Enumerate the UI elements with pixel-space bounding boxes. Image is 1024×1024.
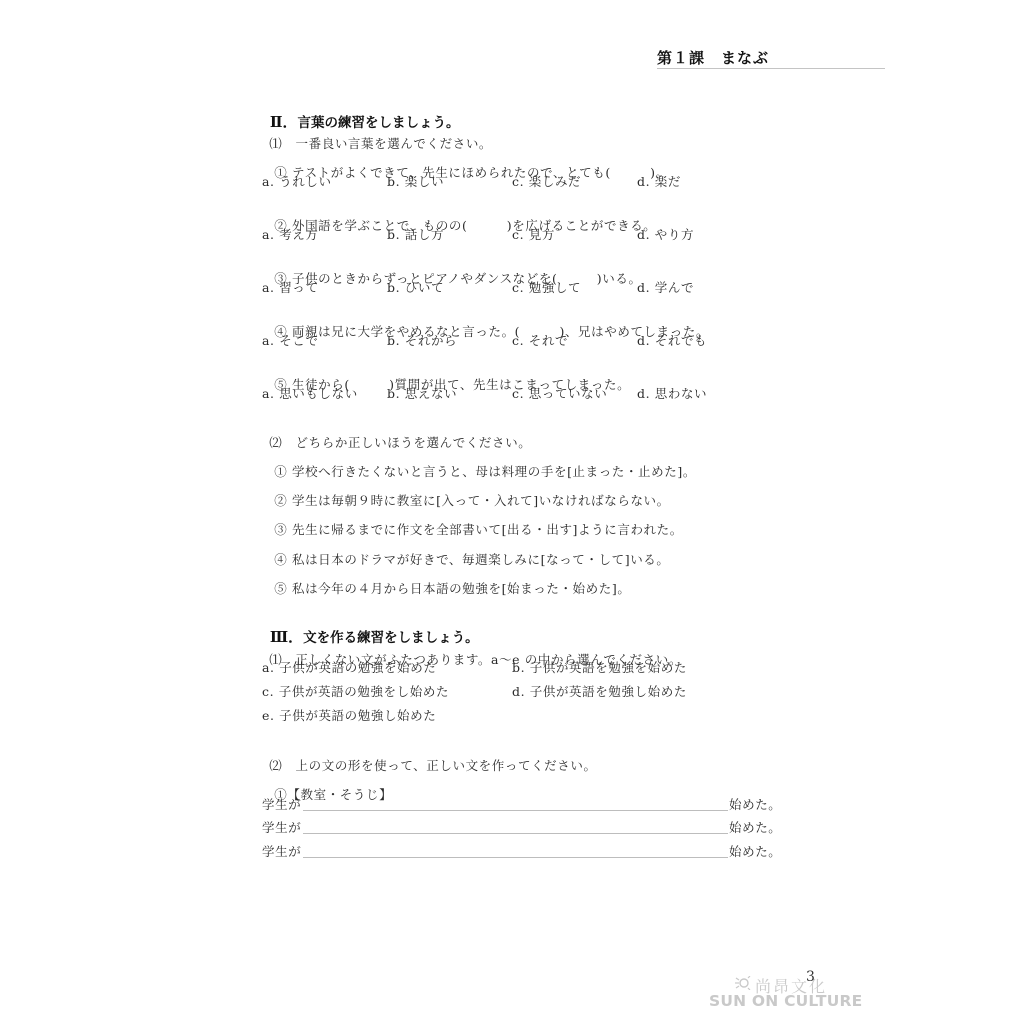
- option-a[interactable]: a. 思いもしない: [262, 384, 358, 402]
- question-2-2-5: ⑤ 私は今年の４月から日本語の勉強を[始まった・始めた]。: [256, 564, 630, 612]
- line-prefix: 学生が: [262, 795, 301, 813]
- line-prefix: 学生が: [262, 818, 301, 836]
- option-c[interactable]: c. それで: [512, 331, 568, 349]
- publisher-name-en: SUN ON CULTURE: [709, 992, 862, 1010]
- line-suffix: 始めた。: [729, 795, 781, 813]
- option-c[interactable]: c. 思っていない: [512, 384, 607, 402]
- option-b[interactable]: b. 楽しい: [387, 172, 444, 190]
- question-text: 子供のときからずっとピアノやダンスなどを( )いる。: [292, 271, 642, 286]
- question-number: ⑤: [274, 581, 287, 596]
- page-number: 3: [806, 969, 815, 985]
- lesson-title: 第１課 まなぶ: [657, 47, 769, 68]
- line-prefix: 学生が: [262, 842, 301, 860]
- option-c[interactable]: c. 見方: [512, 225, 555, 243]
- question-text[interactable]: 私は今年の４月から日本語の勉強を[始まった・始めた]。: [292, 581, 630, 596]
- option-a[interactable]: a. うれしい: [262, 172, 332, 190]
- line-suffix: 始めた。: [729, 818, 781, 836]
- answer-line-3[interactable]: [303, 857, 728, 858]
- question-text: 外国語を学ぶことで、ものの( )を広げることができる。: [292, 218, 656, 233]
- line-suffix: 始めた。: [729, 842, 781, 860]
- option-c[interactable]: c. 楽しみだ: [512, 172, 581, 190]
- option-d[interactable]: d. やり方: [637, 225, 694, 243]
- workbook-page: 第１課 まなぶ Ⅱ．言葉の練習をしましょう。 ⑴ 一番良い言葉を選んでください。…: [0, 0, 1024, 1024]
- option-b[interactable]: b. 思えない: [387, 384, 457, 402]
- option-d[interactable]: d. 思わない: [637, 384, 707, 402]
- option-d[interactable]: d. それでも: [637, 331, 707, 349]
- answer-line-1[interactable]: [303, 810, 728, 811]
- sentence-option-e[interactable]: e. 子供が英語の勉強し始めた: [262, 706, 436, 724]
- sentence-option-b[interactable]: b. 子供が英語を勉強を始めた: [512, 658, 687, 676]
- option-c[interactable]: c. 勉強して: [512, 278, 581, 296]
- sentence-option-a[interactable]: a. 子供が英語の勉強を始めた: [262, 658, 436, 676]
- option-a[interactable]: a. 習って: [262, 278, 319, 296]
- sentence-option-d[interactable]: d. 子供が英語を勉強し始めた: [512, 682, 687, 700]
- option-b[interactable]: b. それから: [387, 331, 457, 349]
- publisher-logo-icon: [735, 976, 751, 990]
- sentence-option-c[interactable]: c. 子供が英語の勉強をし始めた: [262, 682, 449, 700]
- option-a[interactable]: a. そこで: [262, 331, 319, 349]
- answer-line-2[interactable]: [303, 833, 728, 834]
- option-b[interactable]: b. 話し方: [387, 225, 444, 243]
- question-text: テストがよくできて、先生にほめられたので、とても( )。: [292, 165, 669, 180]
- option-d[interactable]: d. 学んで: [637, 278, 694, 296]
- option-d[interactable]: d. 楽だ: [637, 172, 681, 190]
- option-a[interactable]: a. 考え方: [262, 225, 319, 243]
- keyword-prompt: 【教室・そうじ】: [287, 787, 392, 802]
- header-divider: [657, 68, 885, 69]
- option-b[interactable]: b. ひいて: [387, 278, 444, 296]
